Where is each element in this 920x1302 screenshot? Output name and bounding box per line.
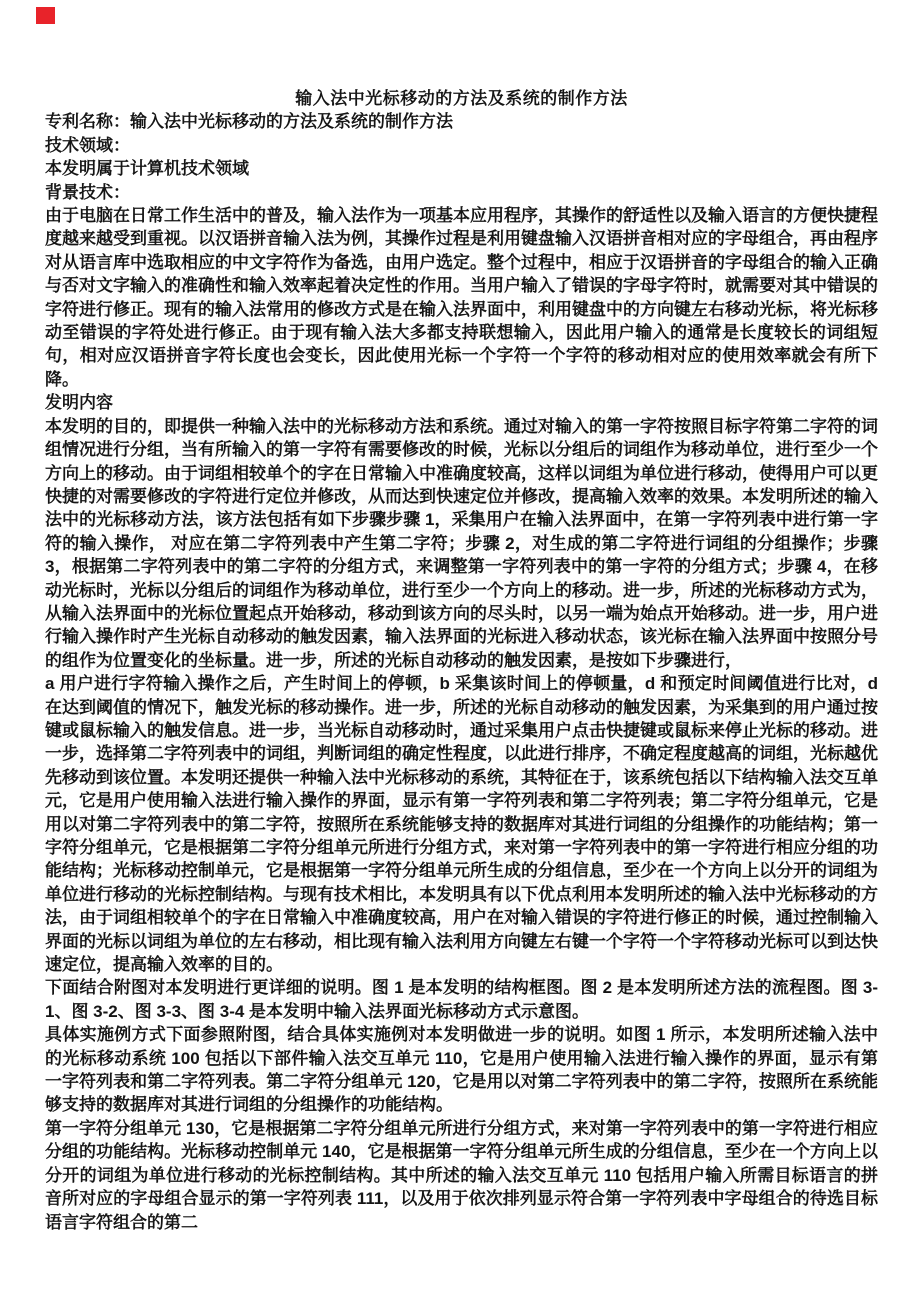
paragraph-patent-name: 专利名称：输入法中光标移动的方法及系统的制作方法: [45, 110, 878, 133]
document-content: 输入法中光标移动的方法及系统的制作方法 专利名称：输入法中光标移动的方法及系统的…: [45, 87, 878, 1234]
paragraph-figures: 下面结合附图对本发明进行更详细的说明。图 1 是本发明的结构框图。图 2 是本发…: [45, 976, 878, 1023]
paragraph-invention-heading: 发明内容: [45, 391, 878, 414]
document-body: 专利名称：输入法中光标移动的方法及系统的制作方法 技术领域： 本发明属于计算机技…: [45, 110, 878, 1234]
paragraph-trigger-steps: a 用户进行字符输入操作之后，产生时间上的停顿，b 采集该时间上的停顿量，d 和…: [45, 672, 878, 976]
document-title: 输入法中光标移动的方法及系统的制作方法: [45, 87, 878, 110]
paragraph-tech-field-heading: 技术领域：: [45, 134, 878, 157]
paragraph-tech-field: 本发明属于计算机技术领域: [45, 157, 878, 180]
paragraph-background: 由于电脑在日常工作生活中的普及，输入法作为一项基本应用程序，其操作的舒适性以及输…: [45, 204, 878, 391]
paragraph-embodiment-1: 具体实施例方式下面参照附图，结合具体实施例对本发明做进一步的说明。如图 1 所示…: [45, 1023, 878, 1117]
patent-document-page: 输入法中光标移动的方法及系统的制作方法 专利名称：输入法中光标移动的方法及系统的…: [0, 0, 920, 1302]
paragraph-embodiment-2: 第一字符分组单元 130，它是根据第二字符分组单元所进行分组方式，来对第一字符列…: [45, 1117, 878, 1234]
paragraph-background-heading: 背景技术：: [45, 181, 878, 204]
red-marker: [36, 7, 55, 24]
paragraph-invention-summary: 本发明的目的，即提供一种输入法中的光标移动方法和系统。通过对输入的第一字符按照目…: [45, 415, 878, 672]
